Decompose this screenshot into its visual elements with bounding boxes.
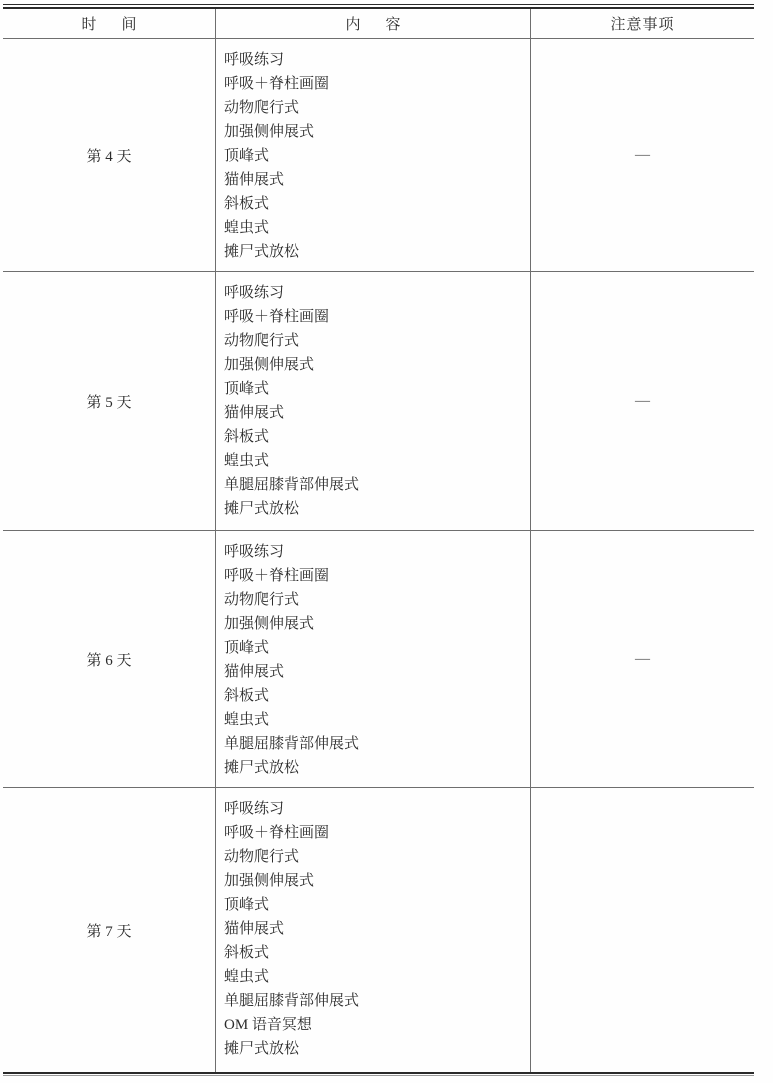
content-item: 顶峰式 — [224, 377, 524, 401]
content-item: 加强侧伸展式 — [224, 869, 524, 893]
header-notes-label: 注意事项 — [610, 13, 674, 34]
note-dash: — — [635, 393, 650, 410]
content-item: 呼吸＋脊柱画圈 — [224, 72, 524, 96]
header-time-label: 时 间 — [81, 13, 141, 34]
day-label: 第 4 天 — [86, 145, 131, 166]
content-item: 猫伸展式 — [224, 168, 524, 192]
content-item: 斜板式 — [224, 941, 524, 965]
day-cell: 第 4 天 — [3, 39, 216, 271]
note-cell: — — [531, 531, 754, 787]
content-item: 斜板式 — [224, 192, 524, 216]
content-item: 动物爬行式 — [224, 96, 524, 120]
content-item: 摊尸式放松 — [224, 1037, 524, 1061]
content-item: 顶峰式 — [224, 893, 524, 917]
content-item: 加强侧伸展式 — [224, 612, 524, 636]
note-dash: — — [635, 147, 650, 164]
note-cell — [531, 788, 754, 1072]
table-header-row: 时 间 内 容 注意事项 — [3, 9, 754, 39]
table-row-day4: 第 4 天 呼吸练习呼吸＋脊柱画圈动物爬行式加强侧伸展式顶峰式猫伸展式斜板式蝗虫… — [3, 39, 754, 272]
day-cell: 第 5 天 — [3, 272, 216, 530]
content-item: 猫伸展式 — [224, 401, 524, 425]
table-bottom-double-rule — [3, 1072, 754, 1076]
day-label: 第 6 天 — [86, 649, 131, 670]
header-cell-notes: 注意事项 — [531, 9, 754, 38]
content-item: 呼吸＋脊柱画圈 — [224, 305, 524, 329]
content-item: 呼吸练习 — [224, 281, 524, 305]
table-row-day7: 第 7 天 呼吸练习呼吸＋脊柱画圈动物爬行式加强侧伸展式顶峰式猫伸展式斜板式蝗虫… — [3, 788, 754, 1072]
content-cell: 呼吸练习呼吸＋脊柱画圈动物爬行式加强侧伸展式顶峰式猫伸展式斜板式蝗虫式单腿屈膝背… — [216, 272, 531, 530]
day-label: 第 7 天 — [86, 920, 131, 941]
content-item: 呼吸＋脊柱画圈 — [224, 564, 524, 588]
content-cell: 呼吸练习呼吸＋脊柱画圈动物爬行式加强侧伸展式顶峰式猫伸展式斜板式蝗虫式单腿屈膝背… — [216, 788, 531, 1072]
content-item: 摊尸式放松 — [224, 756, 524, 780]
scanned-page: 时 间 内 容 注意事项 第 4 天 呼吸练习呼吸＋脊柱画圈动物爬行式加强侧伸展… — [0, 0, 773, 1083]
content-item: 单腿屈膝背部伸展式 — [224, 732, 524, 756]
content-item: 蝗虫式 — [224, 708, 524, 732]
content-item: 单腿屈膝背部伸展式 — [224, 989, 524, 1013]
content-item: 斜板式 — [224, 425, 524, 449]
content-cell: 呼吸练习呼吸＋脊柱画圈动物爬行式加强侧伸展式顶峰式猫伸展式斜板式蝗虫式摊尸式放松 — [216, 39, 531, 271]
content-item: 斜板式 — [224, 684, 524, 708]
header-cell-time: 时 间 — [3, 9, 216, 38]
content-item: 呼吸练习 — [224, 48, 524, 72]
content-item: 顶峰式 — [224, 636, 524, 660]
content-item: 动物爬行式 — [224, 329, 524, 353]
note-cell: — — [531, 272, 754, 530]
content-item: 蝗虫式 — [224, 216, 524, 240]
content-item: 蝗虫式 — [224, 449, 524, 473]
header-content-label: 内 容 — [345, 13, 405, 34]
content-item: 加强侧伸展式 — [224, 120, 524, 144]
content-item: 蝗虫式 — [224, 965, 524, 989]
day-cell: 第 7 天 — [3, 788, 216, 1072]
header-cell-content: 内 容 — [216, 9, 531, 38]
note-cell: — — [531, 39, 754, 271]
content-item: 呼吸练习 — [224, 797, 524, 821]
content-item: 猫伸展式 — [224, 917, 524, 941]
table-row-day5: 第 5 天 呼吸练习呼吸＋脊柱画圈动物爬行式加强侧伸展式顶峰式猫伸展式斜板式蝗虫… — [3, 272, 754, 531]
content-item: 摊尸式放松 — [224, 497, 524, 521]
content-cell: 呼吸练习呼吸＋脊柱画圈动物爬行式加强侧伸展式顶峰式猫伸展式斜板式蝗虫式单腿屈膝背… — [216, 531, 531, 787]
content-item: OM 语音冥想 — [224, 1013, 524, 1037]
yoga-schedule-table: 时 间 内 容 注意事项 第 4 天 呼吸练习呼吸＋脊柱画圈动物爬行式加强侧伸展… — [3, 4, 754, 1076]
day-label: 第 5 天 — [86, 391, 131, 412]
note-dash: — — [635, 651, 650, 668]
content-item: 摊尸式放松 — [224, 240, 524, 264]
content-item: 动物爬行式 — [224, 588, 524, 612]
content-item: 呼吸练习 — [224, 540, 524, 564]
content-item: 单腿屈膝背部伸展式 — [224, 473, 524, 497]
day-cell: 第 6 天 — [3, 531, 216, 787]
table-row-day6: 第 6 天 呼吸练习呼吸＋脊柱画圈动物爬行式加强侧伸展式顶峰式猫伸展式斜板式蝗虫… — [3, 531, 754, 788]
content-item: 呼吸＋脊柱画圈 — [224, 821, 524, 845]
content-item: 猫伸展式 — [224, 660, 524, 684]
content-item: 加强侧伸展式 — [224, 353, 524, 377]
content-item: 顶峰式 — [224, 144, 524, 168]
content-item: 动物爬行式 — [224, 845, 524, 869]
